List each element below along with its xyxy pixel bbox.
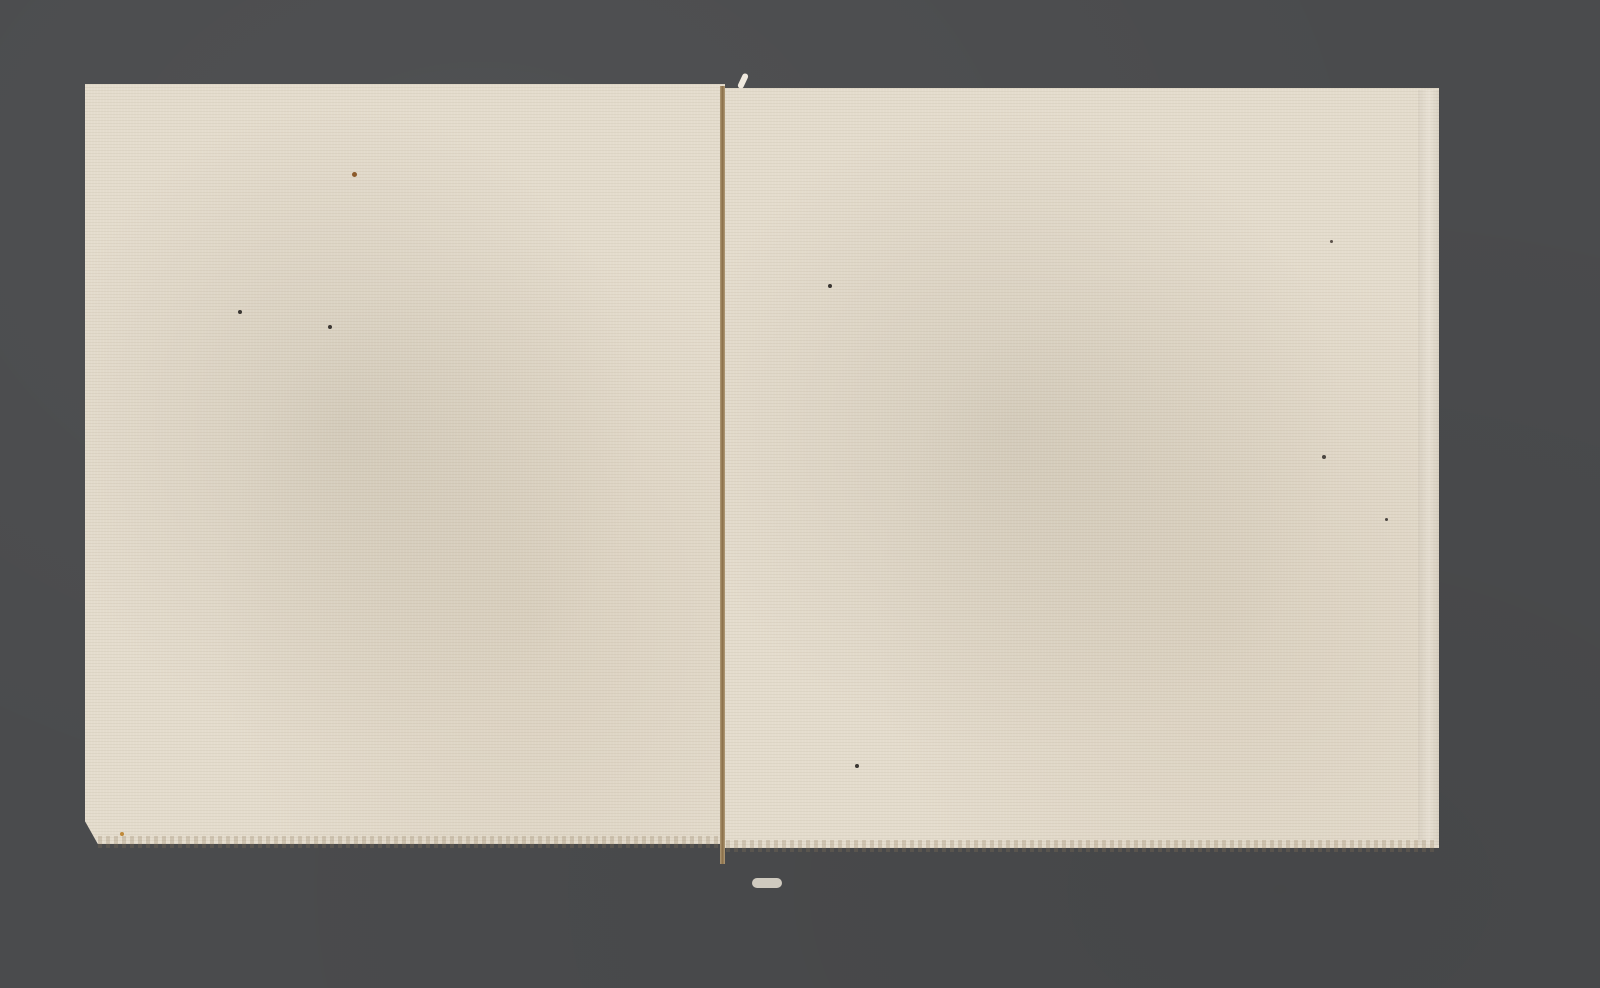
- armband-right-panel: [724, 88, 1439, 848]
- loose-thread-bottom: [752, 878, 782, 888]
- fabric-speck: [238, 310, 242, 314]
- armband-bottom-hem-left: [98, 836, 720, 848]
- armband-seam: [720, 86, 725, 864]
- fabric-speck: [855, 764, 859, 768]
- armband-left-panel: [85, 84, 725, 844]
- fabric-speck: [1385, 518, 1388, 521]
- loose-thread-top: [737, 72, 749, 89]
- armband-bottom-hem-right: [726, 840, 1438, 852]
- fabric-speck: [352, 172, 357, 177]
- fabric-speck: [120, 832, 124, 836]
- armband-right-hem: [1418, 90, 1440, 845]
- photo-scene: [0, 0, 1600, 988]
- fabric-speck: [828, 284, 832, 288]
- fabric-speck: [1322, 455, 1326, 459]
- fabric-speck: [328, 325, 332, 329]
- fabric-speck: [1330, 240, 1333, 243]
